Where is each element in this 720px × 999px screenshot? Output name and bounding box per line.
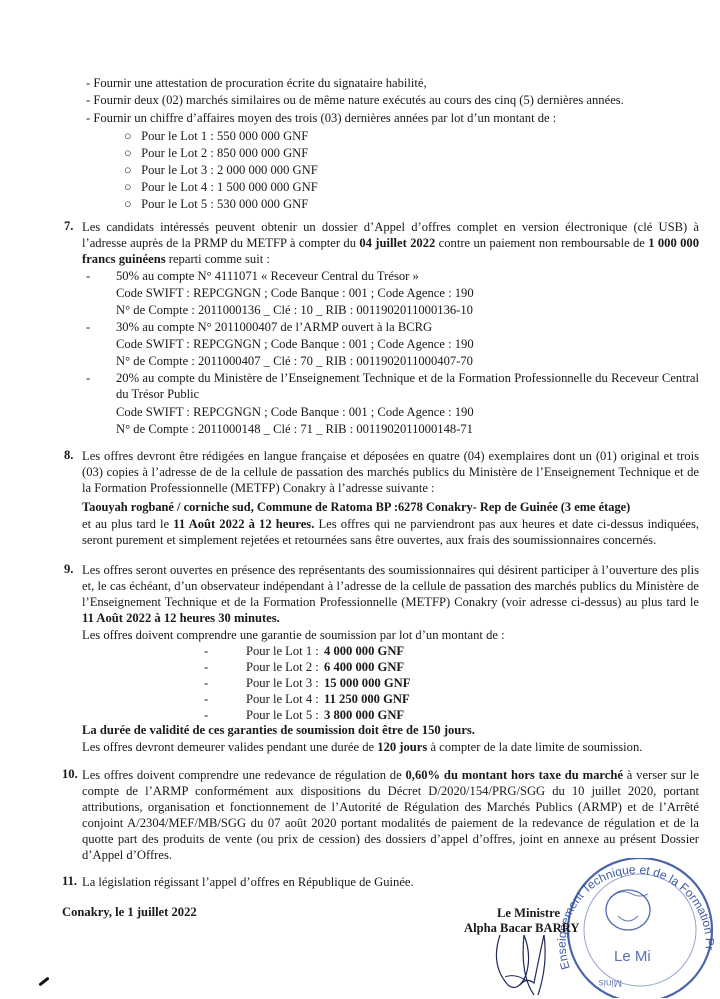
dash-bullet: - bbox=[86, 319, 90, 335]
guarantee-validity: La durée de validité de ces garanties de… bbox=[82, 722, 475, 738]
svg-text:Le Mi: Le Mi bbox=[614, 948, 651, 965]
dash-bullet: - bbox=[86, 268, 90, 284]
guarantee-lot-amount: 15 000 000 GNF bbox=[324, 675, 410, 691]
section-number: 8. bbox=[64, 448, 73, 463]
turnover-lot-item: ○ Pour le Lot 3 : 2 000 000 000 GNF bbox=[124, 162, 318, 178]
section-11-text: La législation régissant l’appel d’offre… bbox=[82, 874, 414, 890]
guarantee-intro: Les offres doivent comprendre une garant… bbox=[82, 627, 505, 643]
pen-mark bbox=[38, 977, 49, 987]
section-10-paragraph: Les offres doivent comprendre une redeva… bbox=[82, 767, 699, 863]
guarantee-lot-amount: 4 000 000 GNF bbox=[324, 643, 404, 659]
requirement-item-1: - Fournir une attestation de procuration… bbox=[86, 75, 427, 91]
section-number: 11. bbox=[62, 874, 77, 889]
dash-bullet: - bbox=[204, 659, 208, 675]
guarantee-lot-label: Pour le Lot 2 : bbox=[246, 659, 319, 675]
turnover-lot-item: ○ Pour le Lot 5 : 530 000 000 GNF bbox=[124, 196, 308, 212]
account-1-line-2: Code SWIFT : REPCGNGN ; Code Banque : 00… bbox=[116, 285, 474, 301]
guarantee-lot-label: Pour le Lot 1 : bbox=[246, 643, 319, 659]
section-number: 7. bbox=[64, 219, 73, 234]
svg-text:Minis: Minis bbox=[599, 977, 622, 988]
bid-address: Taouyah rogbané / corniche sud, Commune … bbox=[82, 499, 630, 515]
account-3-line-3: N° de Compte : 2011000148 _ Clé : 71 _ R… bbox=[116, 421, 473, 437]
dash-bullet: - bbox=[204, 707, 208, 723]
circle-bullet-icon: ○ bbox=[124, 129, 132, 143]
circle-bullet-icon: ○ bbox=[124, 180, 132, 194]
requirement-item-3: - Fournir un chiffre d’affaires moyen de… bbox=[86, 110, 556, 126]
account-2-line-3: N° de Compte : 2011000407 _ Clé : 70 _ R… bbox=[116, 353, 473, 369]
circle-bullet-icon: ○ bbox=[124, 146, 132, 160]
section-number: 9. bbox=[64, 562, 73, 577]
section-8-deadline: et au plus tard le 11 Août 2022 à 12 heu… bbox=[82, 516, 699, 548]
turnover-lot-item: ○ Pour le Lot 2 : 850 000 000 GNF bbox=[124, 145, 308, 161]
account-1-line-3: N° de Compte : 2011000136 _ Clé : 10 _ R… bbox=[116, 302, 473, 318]
section-9-paragraph: Les offres seront ouvertes en présence d… bbox=[82, 562, 699, 626]
account-3-line-2: Code SWIFT : REPCGNGN ; Code Banque : 00… bbox=[116, 404, 474, 420]
requirement-item-2: - Fournir deux (02) marchés similaires o… bbox=[86, 92, 624, 108]
dash-bullet: - bbox=[204, 675, 208, 691]
account-2-line-2: Code SWIFT : REPCGNGN ; Code Banque : 00… bbox=[116, 336, 474, 352]
circle-bullet-icon: ○ bbox=[124, 197, 132, 211]
guarantee-lot-amount: 11 250 000 GNF bbox=[324, 691, 410, 707]
account-1-line-1: 50% au compte N° 4111071 « Receveur Cent… bbox=[116, 268, 419, 284]
turnover-lot-item: ○ Pour le Lot 1 : 550 000 000 GNF bbox=[124, 128, 308, 144]
signatory-title: Le Ministre bbox=[497, 905, 560, 921]
date-place: Conakry, le 1 juillet 2022 bbox=[62, 904, 197, 920]
guarantee-lot-amount: 6 400 000 GNF bbox=[324, 659, 404, 675]
dash-bullet: - bbox=[204, 643, 208, 659]
guarantee-lot-amount: 3 800 000 GNF bbox=[324, 707, 404, 723]
offers-validity: Les offres devront demeurer valides pend… bbox=[82, 739, 642, 755]
dash-bullet: - bbox=[204, 691, 208, 707]
account-3-line-1: 20% au compte du Ministère de l’Enseigne… bbox=[116, 370, 699, 402]
circle-bullet-icon: ○ bbox=[124, 163, 132, 177]
guarantee-lot-label: Pour le Lot 5 : bbox=[246, 707, 319, 723]
dash-bullet: - bbox=[86, 370, 90, 386]
section-number: 10. bbox=[62, 767, 78, 782]
guarantee-lot-label: Pour le Lot 3 : bbox=[246, 675, 319, 691]
signature-icon bbox=[480, 925, 600, 999]
section-8-paragraph: Les offres devront être rédigées en lang… bbox=[82, 448, 699, 496]
guarantee-lot-label: Pour le Lot 4 : bbox=[246, 691, 319, 707]
turnover-lot-item: ○ Pour le Lot 4 : 1 500 000 000 GNF bbox=[124, 179, 318, 195]
account-2-line-1: 30% au compte N° 2011000407 de l’ARMP ou… bbox=[116, 319, 432, 335]
section-7-paragraph: Les candidats intéressés peuvent obtenir… bbox=[82, 219, 699, 267]
